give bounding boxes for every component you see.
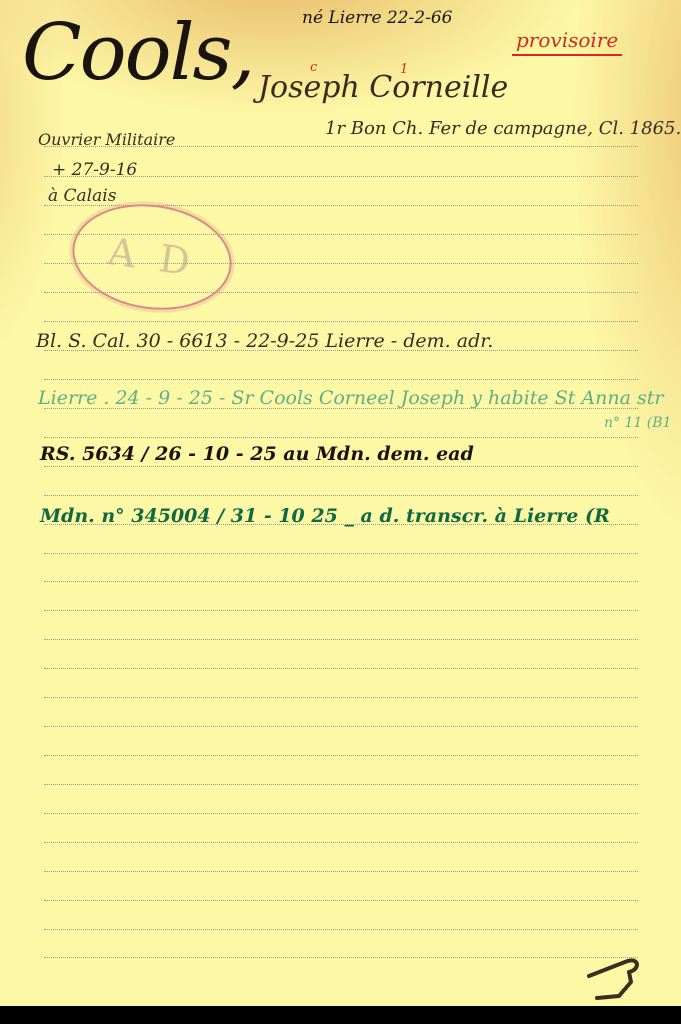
- surname: Cools,: [22, 8, 253, 98]
- ruled-line: [44, 755, 638, 756]
- ruled-line: [44, 871, 638, 872]
- stamp-text: A D: [105, 229, 198, 285]
- death-place: à Calais: [48, 186, 116, 206]
- ruled-line: [44, 957, 638, 958]
- ruled-line: [44, 813, 638, 814]
- ruled-line: [44, 842, 638, 843]
- ad-stamp: A D: [66, 194, 239, 319]
- ruled-line: [44, 610, 638, 611]
- entry-line: Mdn. n° 345004 / 31 - 10 25 _ a d. trans…: [40, 505, 610, 527]
- paraph-signature-icon: [585, 952, 645, 1004]
- ruled-line: [44, 495, 638, 496]
- given-names: Joseph Corneille: [258, 70, 508, 105]
- ruled-line: [44, 553, 638, 554]
- ruled-line: [44, 639, 638, 640]
- entry-line: Lierre . 24 - 9 - 25 - Sr Cools Corneel …: [38, 387, 663, 409]
- ruled-line: [44, 900, 638, 901]
- entry-continuation: n° 11 (B1: [604, 415, 671, 431]
- ruled-line: [44, 379, 638, 380]
- occupation: Ouvrier Militaire: [38, 130, 175, 149]
- ruled-line: [44, 437, 638, 438]
- entry-line: Bl. S. Cal. 30 - 6613 - 22-9-25 Lierre -…: [36, 330, 493, 352]
- military-unit: 1r Bon Ch. Fer de campagne, Cl. 1865.: [325, 118, 681, 139]
- ruled-line: [44, 697, 638, 698]
- death-date: + 27-9-16: [52, 160, 137, 180]
- index-card: né Lierre 22-2-66 provisoire Cools, c 1 …: [0, 0, 681, 1006]
- ruled-line: [44, 784, 638, 785]
- ruled-line: [44, 668, 638, 669]
- ruled-line: [44, 581, 638, 582]
- status-provisional: provisoire: [512, 28, 622, 56]
- ruled-line: [44, 929, 638, 930]
- ruled-line: [44, 466, 638, 467]
- birth-note: né Lierre 22-2-66: [302, 8, 453, 28]
- ruled-line: [44, 321, 638, 322]
- entry-line: RS. 5634 / 26 - 10 - 25 au Mdn. dem. ead: [40, 443, 474, 465]
- ruled-line: [44, 726, 638, 727]
